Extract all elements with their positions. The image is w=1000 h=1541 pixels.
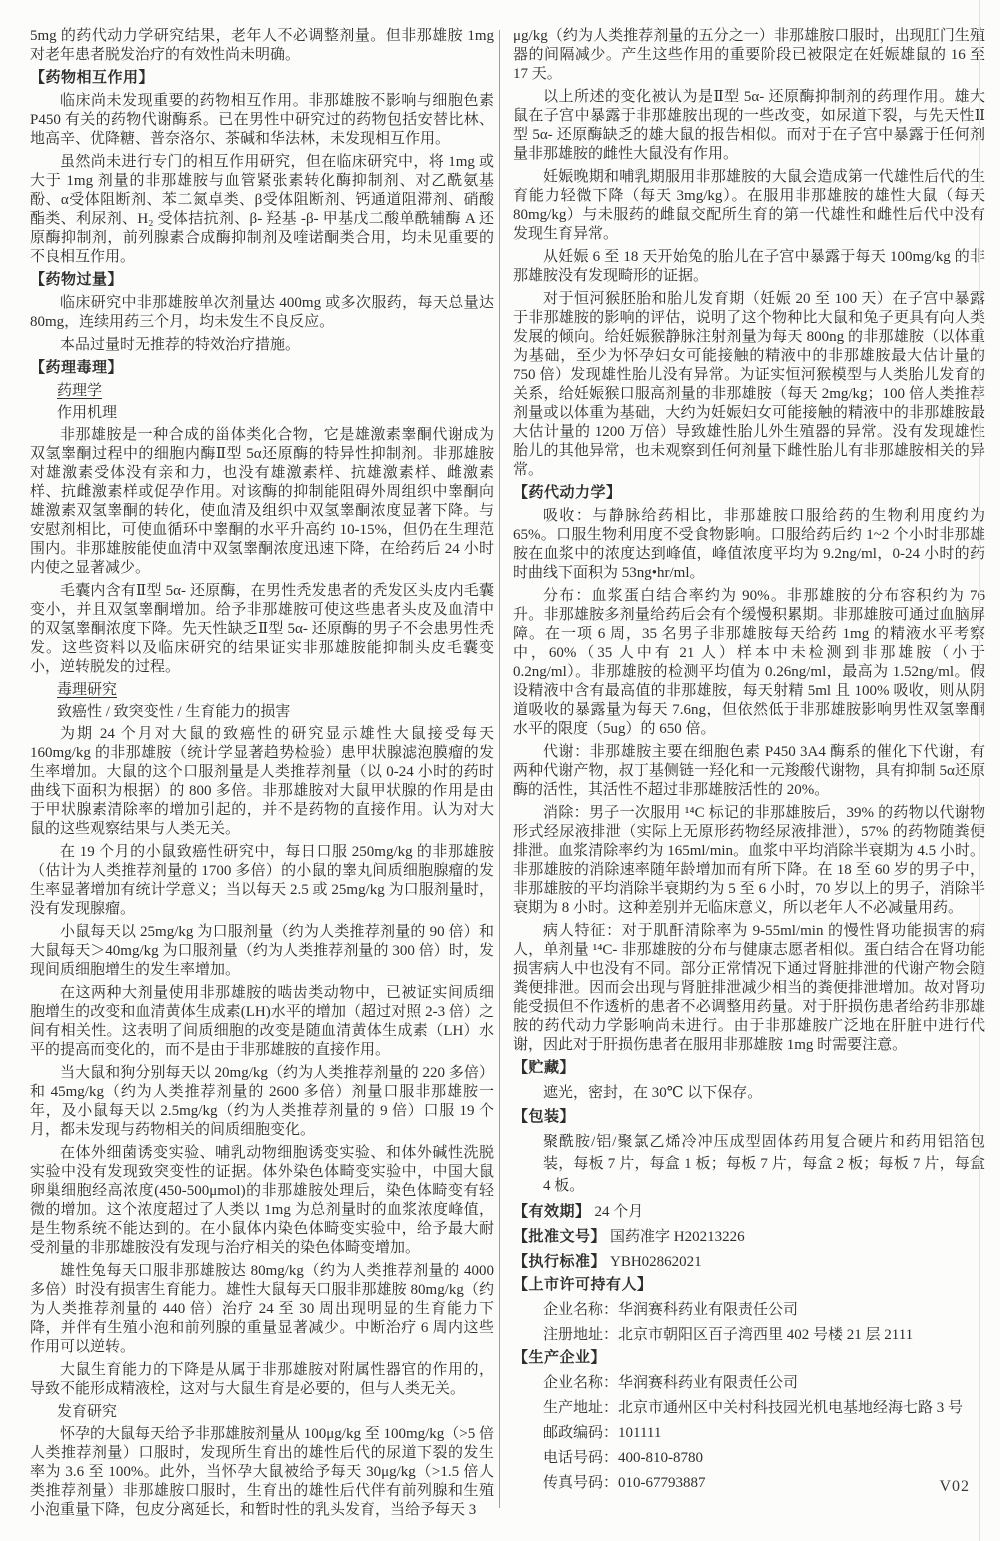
section-header: 【药物相互作用】 xyxy=(30,69,494,88)
field-value: 24 个月 xyxy=(595,1204,644,1220)
section-header: 【贮藏】 xyxy=(513,1059,985,1078)
paragraph: 分布：血浆蛋白结合率约为 90%。非那雄胺的分布容积约为 76 升。非那雄胺多剂… xyxy=(513,587,985,739)
paragraph: 临床尚未发现重要的药物相互作用。非那雄胺不影响与细胞色素 P450 有关的药物代… xyxy=(30,92,494,149)
contact-line: 电话号码：400-810-8780 xyxy=(513,1447,985,1469)
contact-line: 企业名称：华润赛科药业有限责任公司 xyxy=(513,1299,985,1321)
column-divider-line xyxy=(499,30,500,1508)
field-label: 【批准文号】 xyxy=(513,1229,606,1245)
sub-header-underlined: 药理学 xyxy=(30,382,494,401)
paragraph: 消除：男子一次服用 ¹⁴C 标记的非那雄胺后，39% 的药物以代谢物形式经尿液排… xyxy=(513,804,985,918)
paragraph: 当大鼠和狗分别每天以 20mg/kg（约为人类推荐剂量的 220 多倍）和 45… xyxy=(30,1064,494,1140)
contact-line: 生产地址：北京市通州区中关村科技园光机电基地经海七路 3 号 xyxy=(513,1397,985,1419)
paragraph: 吸收：与静脉给药相比，非那雄胺口服给药的生物利用度约为 65%。口服生物利用度不… xyxy=(513,507,985,583)
paragraph: 在 19 个月的小鼠致癌性研究中，每日口服 250mg/kg 的非那雄胺（估计为… xyxy=(30,843,494,919)
indented-paragraph: 遮光，密封，在 30℃ 以下保存。 xyxy=(513,1082,985,1104)
field-value: YBH02862021 xyxy=(610,1254,702,1270)
paragraph-continuation: 5mg 的药代动力学研究结果，老年人不必调整剂量。但非那雄胺 1mg 对老年患者… xyxy=(30,27,494,65)
field-label: 【有效期】 xyxy=(513,1204,591,1220)
paragraph: 本品过量时无推荐的特效治疗措施。 xyxy=(30,336,494,355)
field-label: 【执行标准】 xyxy=(513,1254,606,1270)
paragraph: 病人特征：对于肌酐清除率为 9-55ml/min 的慢性肾功能损害的病人，单剂量… xyxy=(513,922,985,1055)
paragraph: 临床研究中非那雄胺单次剂量达 400mg 或多次服药，每天总量达 80mg，连续… xyxy=(30,294,494,332)
sub-header-underlined: 毒理研究 xyxy=(30,681,494,700)
paragraph: 以上所述的变化被认为是Ⅱ型 5α- 还原酶抑制剂的药理作用。雄大鼠在子宫中暴露于… xyxy=(513,88,985,164)
section-header: 【包装】 xyxy=(513,1108,985,1127)
section-header: 【生产企业】 xyxy=(513,1349,985,1368)
paragraph: 在这两种大剂量使用非那雄胺的啮齿类动物中，已被证实间质细胞增生的改变和血清黄体生… xyxy=(30,984,494,1060)
paragraph: 小鼠每天以 25mg/kg 为口服剂量（约为人类推荐剂量的 90 倍）和大鼠每天… xyxy=(30,923,494,980)
paragraph: 怀孕的大鼠每天给予非那雄胺剂量从 100μg/kg 至 100mg/kg（>5 … xyxy=(30,1425,494,1520)
contact-line: 企业名称：华润赛科药业有限责任公司 xyxy=(513,1372,985,1394)
left-column: 5mg 的药代动力学研究结果，老年人不必调整剂量。但非那雄胺 1mg 对老年患者… xyxy=(30,27,494,1524)
paragraph: 大鼠生育能力的下降是从属于非那雄胺对附属性器官的作用的，导致不能形成精液栓，这对… xyxy=(30,1361,494,1399)
sub-header: 作用机理 xyxy=(30,404,494,423)
field-line: 【执行标准】YBH02862021 xyxy=(513,1251,985,1273)
sub-header: 发育研究 xyxy=(30,1403,494,1422)
contact-line: 邮政编码：101111 xyxy=(513,1422,985,1444)
field-value: 国药准字 H20213226 xyxy=(610,1229,745,1245)
paragraph: 为期 24 个月对大鼠的致癌性的研究显示雄性大鼠接受每天 160mg/kg 的非… xyxy=(30,725,494,839)
sub-header: 致癌性 / 致突变性 / 生育能力的损害 xyxy=(30,703,494,722)
paragraph: 虽然尚未进行专门的相互作用研究，但在临床研究中，将 1mg 或大于 1mg 剂量… xyxy=(30,153,494,267)
contact-line: 注册地址：北京市朝阳区百子湾西里 402 号楼 21 层 2111 xyxy=(513,1324,985,1346)
paragraph: 非那雄胺是一种合成的甾体类化合物，它是雄激素睾酮代谢成为双氢睾酮过程中的细胞内酶… xyxy=(30,426,494,578)
paragraph: 对于恒河猴胚胎和胎儿发育期（妊娠 20 至 100 天）在子宫中暴露于非那雄胺的… xyxy=(513,290,985,480)
paragraph-continuation: μg/kg（约为人类推荐剂量的五分之一）非那雄胺口服时，出现肛门生殖器的间隔减少… xyxy=(513,27,985,84)
paragraph: 从妊娠 6 至 18 天开始兔的胎儿在子宫中暴露于每天 100mg/kg 的非那… xyxy=(513,248,985,286)
paragraph: 毛囊内含有Ⅱ型 5α- 还原酶，在男性秃发患者的秃发区头皮内毛囊变小，并且双氢睾… xyxy=(30,582,494,677)
version-label: V02 xyxy=(890,1478,970,1496)
field-line: 【批准文号】国药准字 H20213226 xyxy=(513,1226,985,1248)
field-line: 【有效期】24 个月 xyxy=(513,1201,985,1223)
right-column: μg/kg（约为人类推荐剂量的五分之一）非那雄胺口服时，出现肛门生殖器的间隔减少… xyxy=(513,27,985,1497)
paragraph: 在体外细菌诱变实验、哺乳动物细胞诱变实验、和体外碱性洗脱实验中没有发现致突变性的… xyxy=(30,1144,494,1258)
paragraph: 雄性兔每天口服非那雄胺达 80mg/kg（约为人类推荐剂量的 4000 多倍）时… xyxy=(30,1262,494,1357)
paragraph: 妊娠晚期和哺乳期服用非那雄胺的大鼠会造成第一代雄性后代的生育能力轻微下降（每天 … xyxy=(513,168,985,244)
indented-paragraph: 聚酰胺/铝/聚氯乙烯冷冲压成型固体药用复合硬片和药用铝箔包装，每板 7 片，每盒… xyxy=(513,1131,985,1197)
page-crease-line xyxy=(979,0,980,1541)
section-header: 【药理毒理】 xyxy=(30,359,494,378)
package-insert-page: 5mg 的药代动力学研究结果，老年人不必调整剂量。但非那雄胺 1mg 对老年患者… xyxy=(0,0,1000,1541)
section-header: 【上市许可持有人】 xyxy=(513,1276,985,1295)
paragraph: 代谢：非那雄胺主要在细胞色素 P450 3A4 酶系的催化下代谢，有两种代谢产物… xyxy=(513,743,985,800)
section-header: 【药物过量】 xyxy=(30,271,494,290)
section-header: 【药代动力学】 xyxy=(513,484,985,503)
